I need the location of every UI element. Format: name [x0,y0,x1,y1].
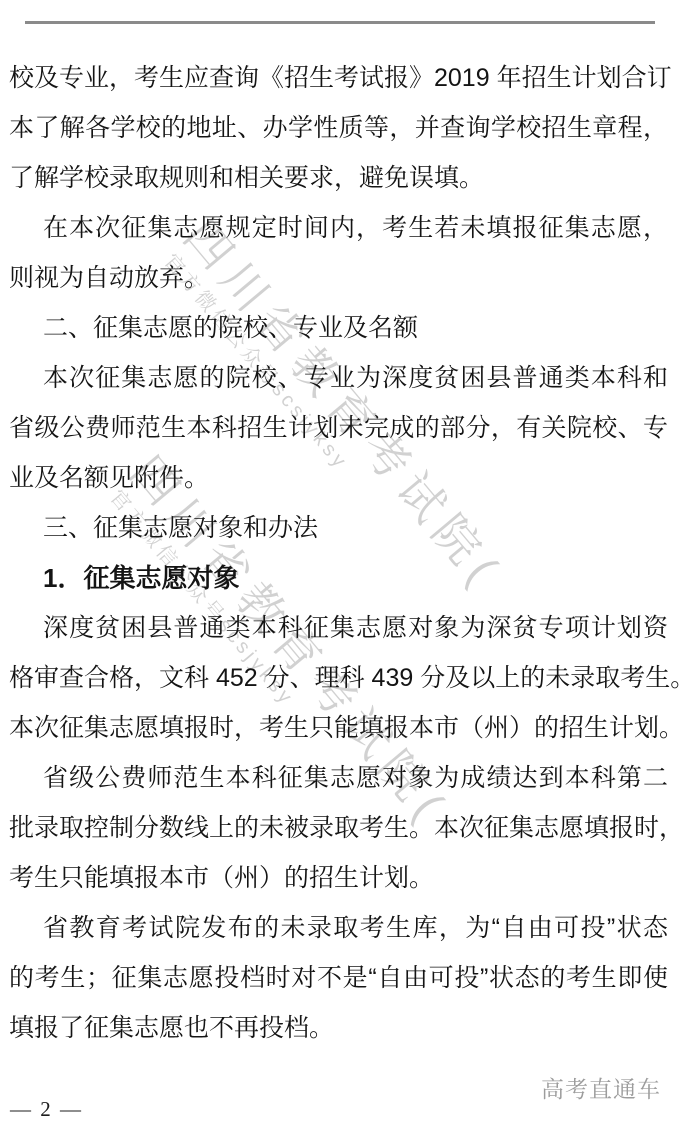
text-line: 的考生；征集志愿投档时对不是“自由可投”状态的考生即使 [9,953,668,1003]
text-line: 本了解各学校的地址、办学性质等，并查询学校招生章程， [9,103,668,153]
page-number: — 2 — [10,1097,83,1122]
text-line: 省级公费师范生本科征集志愿对象为成绩达到本科第二 [9,753,668,803]
text-line: 考生只能填报本市（州）的招生计划。 [9,853,668,903]
section-heading-2: 二、征集志愿的院校、专业及名额 [9,303,668,353]
document-page: 四川省教育考试院( 官方微信公众号scsjyksy 四川省教育考试院( 官方微信… [0,0,680,1127]
document-body: 校及专业，考生应查询《招生考试报》2019 年招生计划合订 本了解各学校的地址、… [9,53,668,1053]
text-line: 深度贫困县普通类本科征集志愿对象为深贫专项计划资 [9,603,668,653]
text-line: 业及名额见附件。 [9,453,668,503]
text-line: 批录取控制分数线上的未被录取考生。本次征集志愿填报时， [9,803,668,853]
text-line: 省级公费师范生本科招生计划未完成的部分，有关院校、专 [9,403,668,453]
text-line: 则视为自动放弃。 [9,253,668,303]
section-heading-3: 三、征集志愿对象和办法 [9,503,668,553]
text-line: 本次征集志愿的院校、专业为深度贫困县普通类本科和 [9,353,668,403]
text-line: 在本次征集志愿规定时间内，考生若未填报征集志愿， [9,203,668,253]
subsection-heading-1: 1．征集志愿对象 [9,553,668,603]
text-line: 格审查合格，文科 452 分、理科 439 分及以上的未录取考生。 [9,653,668,703]
text-line: 省教育考试院发布的未录取考生库，为“自由可投”状态 [9,903,668,953]
page-top-rule [25,21,655,24]
text-line: 本次征集志愿填报时，考生只能填报本市（州）的招生计划。 [9,703,668,753]
text-line: 了解学校录取规则和相关要求，避免误填。 [9,153,668,203]
text-line: 校及专业，考生应查询《招生考试报》2019 年招生计划合订 [9,53,668,103]
text-line: 填报了征集志愿也不再投档。 [9,1003,668,1053]
brand-watermark-gaokao-zhitongche: 高考直通车 [541,1071,661,1104]
